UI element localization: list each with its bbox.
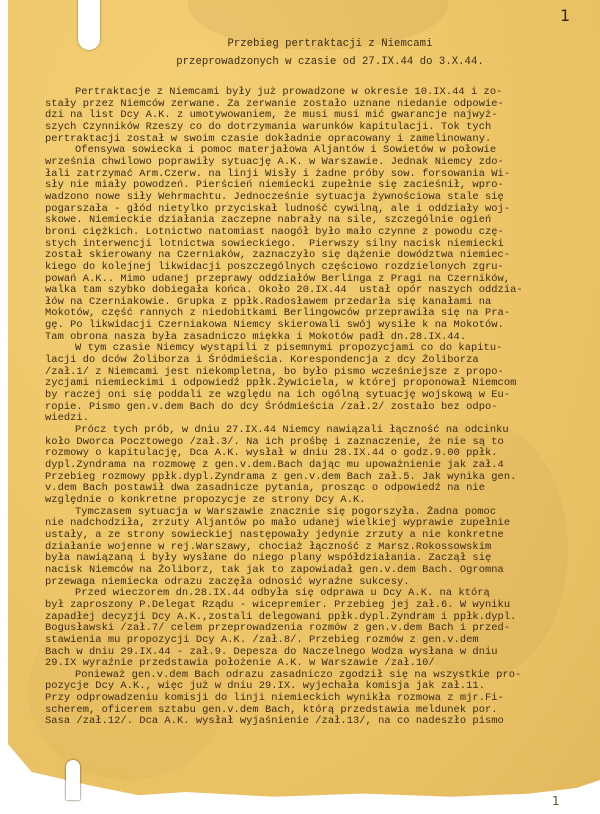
document-title: Przebieg pertraktacji z Niemcami — [75, 35, 585, 53]
text-line: nacisk Niemców na Żoliborz, tak jak to z… — [45, 565, 585, 577]
text-line: lacji do dców Żoliborza i Śródmieścia. K… — [45, 355, 585, 367]
text-line: wadzono nowe siły Wehrmachtu. Jednocześn… — [45, 192, 585, 204]
document-subtitle: przeprowadzonych w czasie od 27.IX.44 do… — [75, 53, 585, 71]
punch-hole-bottom — [66, 760, 80, 800]
text-line: był zaproszony P.Delegat Rządu - wicepre… — [45, 600, 585, 612]
text-line: ustały, a ze strony sowieckiej następowa… — [45, 530, 585, 542]
text-line: by raczej oni się poddali ze względu na … — [45, 390, 585, 402]
text-line: ropie. Pismo gen.v.dem Bach do dcy Śródm… — [45, 402, 585, 414]
text-line: Sasa /zał.12/. Dca A.K. wysłał wyjaśnien… — [45, 716, 585, 728]
text-line: kiego do kolejnej likwidacji poszczególn… — [45, 262, 585, 274]
text-line: dypl.Zyndrama na rozmowę z gen.v.dem.Bac… — [45, 460, 585, 472]
page-number: 1 — [560, 6, 570, 25]
text-line: względnie o konkretne propozycje ze stro… — [45, 495, 585, 507]
text-line: broni ciężkich. Lotnictwo natomiast naog… — [45, 227, 585, 239]
document-body: Pertraktacje z Niemcami były już prowadz… — [45, 87, 585, 728]
text-line: Prócz tych prób, w dniu 27.IX.44 Niemcy … — [45, 425, 585, 437]
text-line: września chwilowo poprawiły sytuację A.K… — [45, 157, 585, 169]
text-line: Pertraktacje z Niemcami były już prowadz… — [45, 87, 585, 99]
text-line: szych Czynników Rzeszy co do dotrzymania… — [45, 122, 585, 134]
corner-mark: 1 — [552, 794, 560, 808]
typewritten-document: Przebieg pertraktacji z Niemcami przepro… — [45, 30, 585, 728]
text-line: stawienia mu propozycji Dcy A.K. /zał.8/… — [45, 635, 585, 647]
